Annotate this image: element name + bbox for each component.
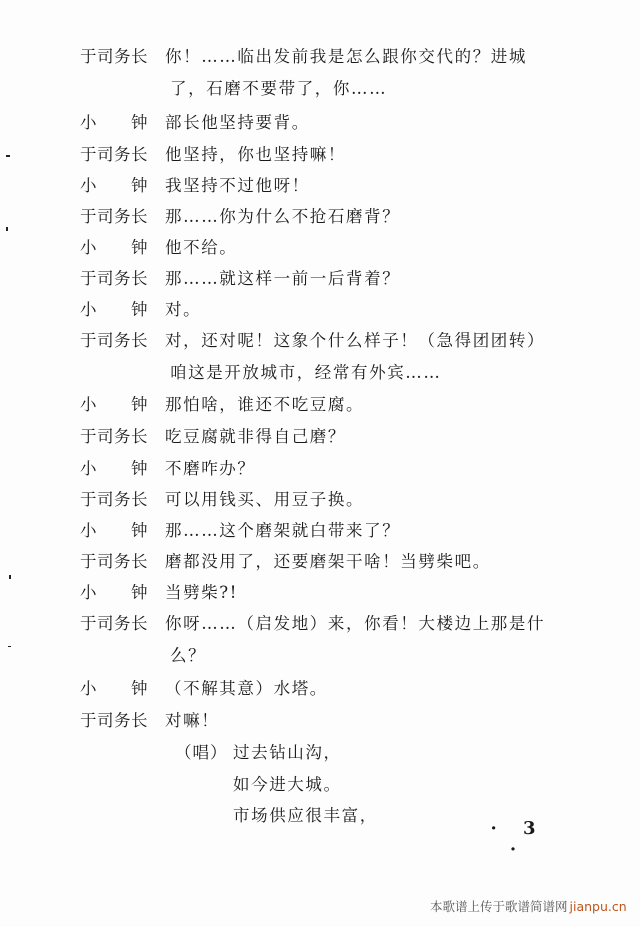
speech-text: 当劈柴?! <box>165 580 238 606</box>
speaker-name: 于司务长 <box>80 204 150 230</box>
speaker-name: 于司务长 <box>80 266 150 292</box>
speaker-name: 于司务长 <box>80 549 150 575</box>
speech-text: 对，还对呢！这象个什么样子！（急得团团转） <box>165 328 545 354</box>
speech-text: 对。 <box>165 297 201 323</box>
speech-text: （不解其意）水塔。 <box>165 676 328 702</box>
speech-text: 你！……临出发前我是怎么跟你交代的？进城 <box>165 44 527 70</box>
lyric-text: 如今进大城。 <box>233 772 342 798</box>
speech-text: 咱这是开放城市，经常有外宾…… <box>170 360 442 386</box>
speech-text: 你呀……（启发地）来，你看！大楼边上那是什 <box>165 611 545 637</box>
speaker-name: 于司务长 <box>80 44 150 70</box>
song-tag: （唱） <box>175 740 228 766</box>
speech-text: 他坚持，你也坚持嘛！ <box>165 142 346 168</box>
lyric-text: 市场供应很丰富， <box>233 803 378 829</box>
lyric-text: 过去钻山沟， <box>233 740 342 766</box>
scan-speck <box>9 575 11 579</box>
speech-text: 对嘛！ <box>165 708 219 734</box>
speaker-name: 于司务长 <box>80 424 150 450</box>
speech-text: 了，石磨不要带了，你…… <box>170 76 387 102</box>
speaker-name: 小钟 <box>80 235 148 261</box>
speaker-name: 于司务长 <box>80 708 150 734</box>
speaker-name: 小钟 <box>80 110 148 136</box>
speech-text: 吃豆腐就非得自己磨？ <box>165 424 346 450</box>
speech-text: 磨都没用了，还要磨架干啥！当劈柴吧。 <box>165 549 491 575</box>
watermark-site: jianpu.cn <box>570 899 627 914</box>
speaker-name: 小钟 <box>80 297 148 323</box>
speech-text: 那怕啥，谁还不吃豆腐。 <box>165 392 364 418</box>
watermark: 本歌谱上传于歌谱简谱网jianpu.cn <box>430 897 627 915</box>
speech-text: 么？ <box>170 643 206 669</box>
speaker-name: 小钟 <box>80 580 148 606</box>
speaker-name: 小钟 <box>80 456 148 482</box>
speaker-name: 于司务长 <box>80 328 150 354</box>
speech-text: 可以用钱买、用豆子换。 <box>165 487 364 513</box>
speech-text: 部长他坚持要背。 <box>165 110 310 136</box>
speaker-name: 于司务长 <box>80 611 150 637</box>
speaker-name: 于司务长 <box>80 487 150 513</box>
speech-text: 我坚持不过他呀！ <box>165 173 310 199</box>
speaker-name: 小钟 <box>80 392 148 418</box>
speech-text: 那……就这样一前一后背着？ <box>165 266 400 292</box>
speech-text: 不磨咋办？ <box>165 456 256 482</box>
speech-text: 他不给。 <box>165 235 237 261</box>
speech-text: 那……你为什么不抢石磨背？ <box>165 204 400 230</box>
scan-speck <box>8 646 11 647</box>
scanned-script-page: 于司务长 你！……临出发前我是怎么跟你交代的？进城 了，石磨不要带了，你…… 小… <box>0 0 640 927</box>
scan-speck <box>6 227 8 231</box>
scan-speck <box>6 155 10 157</box>
speech-text: 那……这个磨架就白带来了？ <box>165 518 400 544</box>
watermark-text: 本歌谱上传于歌谱简谱网 <box>430 899 568 914</box>
page-number: · 3 · <box>478 818 558 860</box>
speaker-name: 小钟 <box>80 518 148 544</box>
speaker-name: 小钟 <box>80 173 148 199</box>
speaker-name: 小钟 <box>80 676 148 702</box>
speaker-name: 于司务长 <box>80 142 150 168</box>
